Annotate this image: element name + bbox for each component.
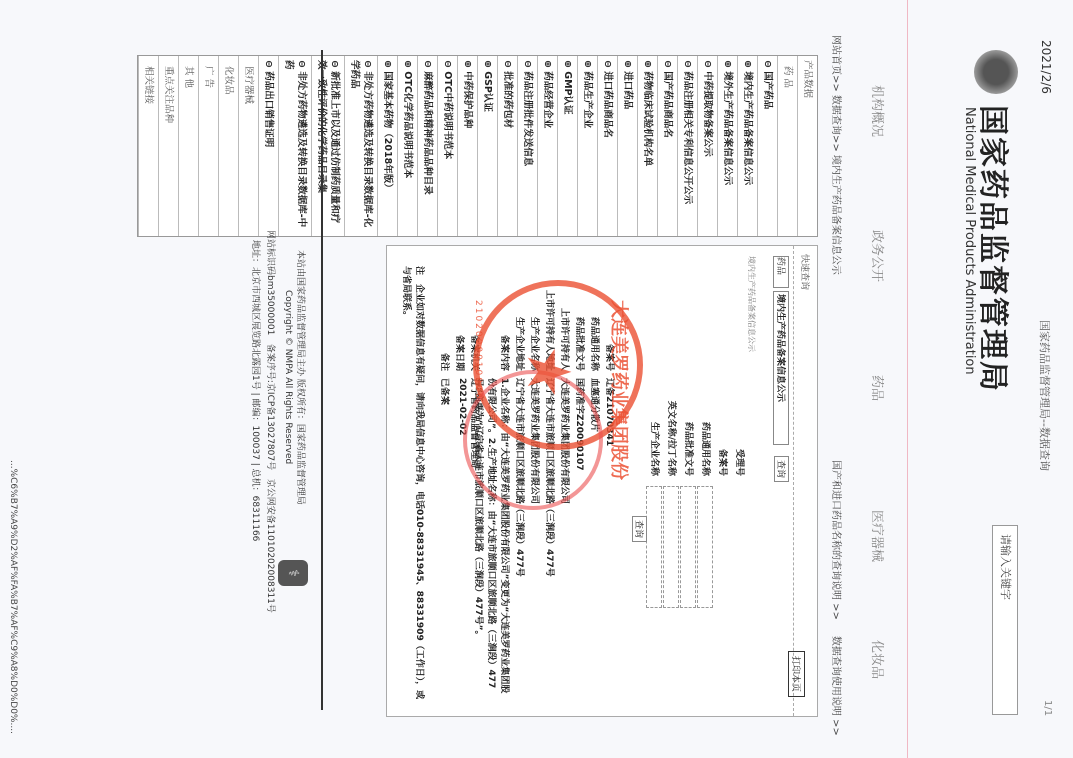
database-category-select[interactable]: 药品 [773, 256, 789, 288]
expand-icon[interactable]: ⊕ [642, 60, 653, 71]
sidebar-item[interactable]: 相关链接 [138, 56, 158, 236]
sidebar-item[interactable]: ⊖ 进口药品商品名 [597, 56, 617, 236]
sidebar-item-label: 麻醉药品和精神药品品种目录 [422, 71, 433, 195]
icp-number: 备案序号:京ICP备13027807号 [265, 344, 275, 470]
sidebar-item[interactable]: 医疗器械 [238, 56, 258, 236]
sidebar-item-label: 化妆品 [223, 66, 234, 95]
collapse-icon[interactable]: ⊖ [329, 60, 340, 71]
sidebar-item-label: 相关链接 [143, 66, 154, 104]
sidebar-item-label: 医疗器械 [243, 66, 254, 104]
collapse-icon[interactable]: ⊖ [662, 60, 673, 71]
guide-links: 国产和进口药品名称的查询说明 >> 数据查询使用说明 >> [830, 460, 845, 736]
search-field-label: 受理号 [734, 396, 747, 476]
sidebar-item-label: 药品注册相关专利信息公开公示 [682, 71, 693, 204]
footer-line3: 网站标识码bm35000001 备案序号:京ICP备13027807号 京公网安… [265, 230, 278, 613]
search-field-label: 备案号 [717, 396, 730, 476]
seal-number: 2102000010006 [473, 300, 483, 400]
quick-search-header: 快速查询 [793, 246, 817, 716]
record-field-label: 备案日期 [454, 266, 467, 371]
seal-text: 大连美罗药业集团股份 [607, 300, 633, 480]
collapse-icon[interactable]: ⊖ [296, 60, 307, 71]
search-input[interactable]: 请输入关键字 [992, 525, 1018, 715]
expand-icon[interactable]: ⊕ [402, 60, 413, 71]
expand-icon[interactable]: ⊕ [582, 60, 593, 71]
nav-item-org[interactable]: 机构概况 [869, 85, 888, 137]
name-query-guide-link[interactable]: 国产和进口药品名称的查询说明 >> [830, 460, 841, 620]
data-query-guide-link[interactable]: 数据查询使用说明 >> [830, 636, 841, 736]
sidebar-item[interactable]: ⊕ 药品生产企业 [577, 56, 597, 236]
printed-webpage: 2021/2/6 国家药品监督管理局--数据查询 1/1 国家药品监督管理局 N… [0, 0, 1073, 758]
sidebar-header: 产品数据 [797, 56, 817, 236]
footer-address: 地址：北京市西城区展览路北露园1号 | 邮编：100037 | 总机：68311… [250, 240, 263, 541]
sidebar-item-label: GMP认证 [562, 71, 573, 114]
sidebar-item-label: 药品出口销售证明 [263, 71, 274, 147]
sidebar-item[interactable]: ⊖ 麻醉药品和精神药品品种目录 [417, 56, 437, 236]
collapse-icon[interactable]: ⊖ [682, 60, 693, 71]
collapse-icon[interactable]: ⊖ [422, 60, 433, 71]
sidebar-item-label: GSP认证 [482, 71, 493, 112]
sidebar-item[interactable]: ⊖ 药品注册相关专利信息公开公示 [677, 56, 697, 236]
site-title: 国家药品监督管理局 [974, 105, 1018, 393]
collapse-icon[interactable]: ⊖ [602, 60, 613, 71]
collapse-icon[interactable]: ⊖ [702, 60, 713, 71]
sidebar-item-label: 批准的药包材 [502, 71, 513, 128]
breadcrumb[interactable]: 网站首页>> 数据查询>> 境内生产药品备案信息公示 [830, 35, 845, 275]
search-field-input[interactable] [663, 486, 679, 608]
collapse-icon[interactable]: ⊖ [362, 60, 373, 71]
sidebar: 产品数据 药 品⊖ 国产药品⊕ 境内生产药品备案信息公示⊕ 境外生产药品备案信息… [137, 55, 818, 237]
search-field-label: 生产企业名称 [649, 396, 662, 476]
sidebar-item-label: 国产药品 [762, 71, 773, 109]
expand-icon[interactable]: ⊕ [382, 60, 393, 71]
nav-item-drugs[interactable]: 药品 [869, 375, 888, 401]
sidebar-item[interactable]: ⊕ 中药保护品种 [457, 56, 477, 236]
sidebar-item[interactable]: ⊖ 药品出口销售证明 [258, 56, 278, 236]
sidebar-item-label: 新批准上市以及通过仿制药质量和疗效一致性评价的化学药品目录集 [316, 60, 340, 223]
footer-copyright: Copyright © NMPA All Rights Reserved [283, 290, 293, 464]
sidebar-item[interactable]: 其 他 [178, 56, 198, 236]
header-divider [907, 0, 908, 758]
sidebar-item-label: 境外生产药品备案信息公示 [722, 71, 733, 185]
sidebar-item[interactable]: ⊖ 非处方药物遴选及转换目录数据库-化学药品 [344, 56, 377, 236]
footer-divider [321, 50, 323, 710]
sidebar-item-label: 进口药品商品名 [602, 71, 613, 138]
sidebar-item[interactable]: ⊕ 进口药品 [617, 56, 637, 236]
search-field-input[interactable] [680, 486, 696, 608]
sidebar-item-label: 药物临床试验机构名单 [642, 71, 653, 166]
sidebar-item-label: 国家基本药物（2018年版） [382, 71, 393, 192]
sidebar-item[interactable]: ⊕ GMP认证 [557, 56, 577, 236]
sidebar-item[interactable]: ⊖ 中药提取物备案公示 [697, 56, 717, 236]
sidebar-item-label: OTC中药说明书范本 [442, 71, 453, 159]
database-query-button[interactable]: 查询 [774, 456, 789, 482]
expand-icon[interactable]: ⊕ [482, 60, 493, 71]
sidebar-item-label: 中药提取物备案公示 [702, 71, 713, 157]
site-id: 网站标识码bm35000001 [265, 230, 275, 335]
collapse-icon[interactable]: ⊖ [522, 60, 533, 71]
print-url: ...%C6%B7%A9%D2%AF%FA%B7%AF%C9%A8%D0%D0%… [8, 460, 18, 734]
expand-icon[interactable]: ⊕ [742, 60, 753, 71]
national-emblem-icon [974, 50, 1018, 94]
sidebar-item[interactable]: ⊖ 非处方药物遴选及转换目录数据库-中药 [278, 56, 311, 236]
site-subtitle: National Medical Products Administration [962, 107, 977, 375]
search-field-input[interactable] [646, 486, 662, 608]
sidebar-item-label: OTC化学药品说明书范本 [402, 71, 413, 178]
sidebar-item[interactable]: 药 品 [777, 56, 797, 236]
sidebar-item-label: 国产药品商品名 [662, 71, 673, 138]
sidebar-item-label: 非处方药物遴选及转换目录数据库-化学药品 [349, 60, 373, 227]
sidebar-item[interactable]: ⊕ 药品经营企业 [537, 56, 557, 236]
sidebar-item-label: 重点关注品种 [163, 66, 174, 123]
sidebar-item-label: 其 他 [183, 66, 194, 88]
expand-icon[interactable]: ⊕ [722, 60, 733, 71]
sidebar-item-label: 中药保护品种 [462, 71, 473, 128]
field-query-button[interactable]: 查询 [632, 516, 647, 542]
search-field-input[interactable] [697, 486, 713, 608]
search-field-label: 药品通用名称 [700, 396, 713, 476]
sidebar-item[interactable]: ⊖ 国产药品商品名 [657, 56, 677, 236]
search-field-label: 英文名称/拉丁名称 [666, 396, 679, 476]
sidebar-item[interactable]: 重点关注品种 [158, 56, 178, 236]
print-page-number: 1/1 [1042, 700, 1053, 716]
sidebar-item[interactable]: ⊕ OTC化学药品说明书范本 [397, 56, 417, 236]
gov-badge-icon[interactable]: ⚕ [278, 560, 308, 586]
section-title: 境内生产药品备案信息公示 [746, 256, 757, 352]
record-field-label: 备注 [439, 266, 452, 371]
expand-icon[interactable]: ⊕ [562, 60, 573, 71]
print-page-title: 国家药品监督管理局--数据查询 [1037, 320, 1053, 471]
sidebar-item[interactable]: 广 告 [198, 56, 218, 236]
sidebar-item[interactable]: ⊖ 国产药品 [757, 56, 777, 236]
record-field-value: 已备案 [439, 378, 452, 698]
collapse-icon[interactable]: ⊖ [442, 60, 453, 71]
print-date: 2021/2/6 [1039, 40, 1053, 94]
sidebar-item[interactable]: ⊕ 药物临床试验机构名单 [637, 56, 657, 236]
footer-line1: 本站由国家药品监督管理局主办 版权所有：国家药品监督管理局 [295, 250, 308, 505]
seal-star-icon: ★ [513, 345, 583, 399]
sidebar-item-label: 药 品 [782, 66, 793, 88]
sidebar-item-label: 药品经营企业 [542, 71, 553, 128]
collapse-icon[interactable]: ⊖ [762, 60, 773, 71]
print-button[interactable]: 打印本页 [788, 651, 805, 697]
sidebar-item-label: 药品注册批件发送信息 [522, 71, 533, 166]
expand-icon[interactable]: ⊕ [542, 60, 553, 71]
database-name-select[interactable]: 境内生产药品备案信息公示 [773, 291, 789, 445]
expand-icon[interactable]: ⊕ [462, 60, 473, 71]
nav-item-gov[interactable]: 政务公开 [869, 230, 888, 282]
sidebar-item[interactable]: ⊖ OTC中药说明书范本 [437, 56, 457, 236]
sidebar-item[interactable]: ⊕ 国家基本药物（2018年版） [377, 56, 397, 236]
sidebar-item[interactable]: ⊕ 境内生产药品备案信息公示 [737, 56, 757, 236]
sidebar-item[interactable]: 化妆品 [218, 56, 238, 236]
nav-item-devices[interactable]: 医疗器械 [869, 510, 888, 562]
sidebar-item[interactable]: ⊕ 境外生产药品备案信息公示 [717, 56, 737, 236]
sidebar-item-label: 进口药品 [622, 71, 633, 109]
search-field-label: 药品批准文号 [683, 396, 696, 476]
sidebar-item[interactable]: ⊕ GSP认证 [477, 56, 497, 236]
expand-icon[interactable]: ⊕ [622, 60, 633, 71]
sidebar-item[interactable]: ⊖ 药品注册批件发送信息 [517, 56, 537, 236]
sidebar-item-label: 境内生产药品备案信息公示 [742, 71, 753, 185]
sidebar-item-label: 药品生产企业 [582, 71, 593, 128]
sidebar-item-label: 非处方药物遴选及转换目录数据库-中药 [283, 60, 307, 227]
collapse-icon[interactable]: ⊖ [263, 60, 274, 71]
collapse-icon[interactable]: ⊖ [502, 60, 513, 71]
sidebar-item[interactable]: ⊖ 新批准上市以及通过仿制药质量和疗效一致性评价的化学药品目录集 [311, 56, 344, 236]
police-record: 京公网安备11010202008311号 [265, 479, 275, 613]
sidebar-item[interactable]: ⊖ 批准的药包材 [497, 56, 517, 236]
nav-item-cosmetics[interactable]: 化妆品 [869, 640, 888, 679]
sidebar-item-label: 广 告 [203, 66, 214, 88]
record-note: 注 企业如对数据信息有疑问，请向我局信息中心咨询，电话010-88331945、… [401, 266, 427, 706]
